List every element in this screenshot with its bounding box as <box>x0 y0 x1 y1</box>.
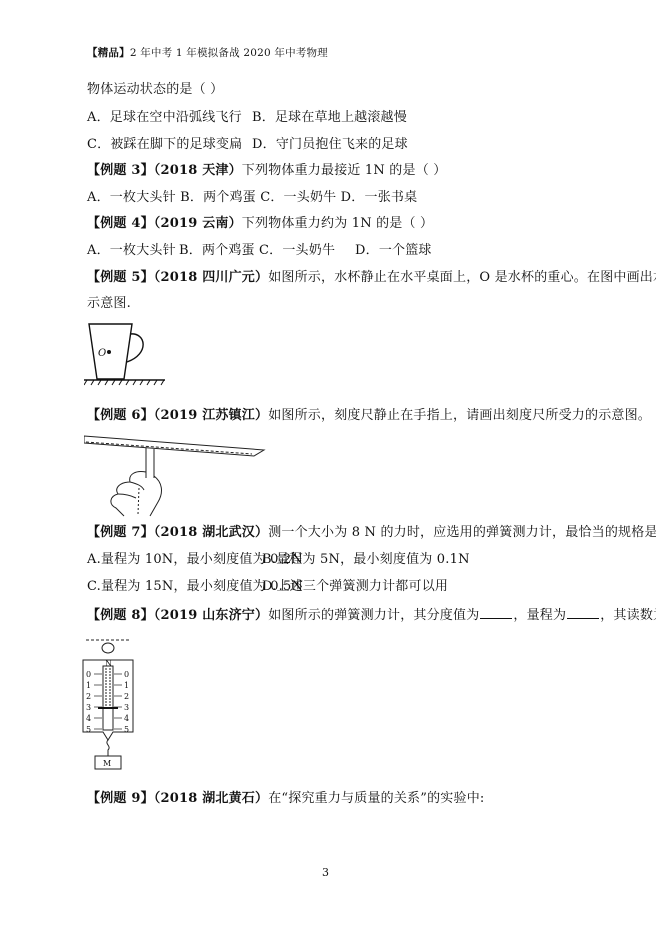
svg-text:3: 3 <box>86 703 91 712</box>
example-6-heading: 【例题 6】（2019 江苏镇江）如图所示，刻度尺静止在手指上，请画出刻度尺所受… <box>87 408 651 424</box>
example-source: （2019 云南） <box>154 216 242 231</box>
example-source: （2018 湖北武汉） <box>154 525 268 540</box>
example-stem-part: ，其读数为 <box>600 608 656 623</box>
svg-text:O: O <box>98 348 106 359</box>
svg-text:M: M <box>103 759 111 768</box>
option-d: D．守门员抱住飞来的足球 <box>252 137 408 153</box>
ruler-on-finger-figure <box>84 432 274 517</box>
example-7-heading: 【例题 7】（2018 湖北武汉）测一个大小为 8 N 的力时，应选用的弹簧测力… <box>87 525 656 541</box>
svg-text:3: 3 <box>124 703 129 712</box>
header-text: 2 年中考 1 年模拟备战 2020 年中考物理 <box>130 47 328 59</box>
example-label: 【例题 8】 <box>87 608 154 623</box>
svg-text:0: 0 <box>124 670 129 679</box>
example-stem: 测一个大小为 8 N 的力时，应选用的弹簧测力计，最恰当的规格是 （ ） <box>268 525 656 540</box>
page-header: 【精品】2 年中考 1 年模拟备战 2020 年中考物理 <box>87 45 328 61</box>
example-9-heading: 【例题 9】（2018 湖北黄石）在“探究重力与质量的关系”的实验中: <box>87 791 484 807</box>
example-stem-part: ，量程为 <box>513 608 566 623</box>
option-a: A．足球在空中沿弧线飞行 <box>87 110 242 126</box>
example-8-heading: 【例题 8】（2019 山东济宁）如图所示的弹簧测力计，其分度值为，量程为，其读… <box>87 606 656 624</box>
example-stem-part: 如图所示的弹簧测力计，其分度值为 <box>268 608 479 623</box>
example-5-stem-cont: 示意图. <box>87 296 131 312</box>
option-b: B．足球在草地上越滚越慢 <box>252 110 407 126</box>
option-b: B.量程为 5N，最小刻度值为 0.1N <box>262 552 470 568</box>
example-stem: 下列物体重力约为 1N 的是（ ） <box>242 216 433 231</box>
svg-text:2: 2 <box>86 692 91 701</box>
example-stem: 如图所示，水杯静止在水平桌面上，O 是水杯的重心。在图中画出水杯受力的 <box>268 270 656 285</box>
svg-text:1: 1 <box>124 681 129 690</box>
example-label: 【例题 3】 <box>87 163 154 178</box>
page-number: 3 <box>322 866 329 879</box>
example-stem: 如图所示，刻度尺静止在手指上，请画出刻度尺所受力的示意图。 <box>268 408 651 423</box>
cup-on-table-figure: O <box>84 318 174 390</box>
example-3-options: A．一枚大头针 B．两个鸡蛋 C．一头奶牛 D．一张书桌 <box>87 190 417 206</box>
option-d: D.上述三个弹簧测力计都可以用 <box>262 579 448 595</box>
example-source: （2018 天津） <box>154 163 242 178</box>
option-a: A．一枚大头针 <box>87 243 176 259</box>
example-source: （2018 四川广元） <box>154 270 268 285</box>
example-label: 【例题 6】 <box>87 408 154 423</box>
svg-text:2: 2 <box>124 692 129 701</box>
example-label: 【例题 7】 <box>87 525 154 540</box>
svg-text:4: 4 <box>124 714 129 723</box>
svg-text:0: 0 <box>86 670 91 679</box>
example-4-heading: 【例题 4】（2019 云南）下列物体重力约为 1N 的是（ ） <box>87 216 433 232</box>
example-stem: 在“探究重力与质量的关系”的实验中: <box>268 791 484 806</box>
svg-text:1: 1 <box>86 681 91 690</box>
example-5-heading: 【例题 5】（2018 四川广元）如图所示，水杯静止在水平桌面上，O 是水杯的重… <box>87 270 656 286</box>
option-c: C．一头奶牛 <box>259 243 335 259</box>
example-stem: 下列物体重力最接近 1N 的是（ ） <box>242 163 447 178</box>
header-tag: 【精品】 <box>87 47 130 59</box>
answer-blank-division[interactable] <box>480 606 512 619</box>
svg-text:5: 5 <box>124 725 129 734</box>
document-page: 【精品】2 年中考 1 年模拟备战 2020 年中考物理 物体运动状态的是（ ）… <box>0 0 656 930</box>
example-source: （2019 江苏镇江） <box>154 408 268 423</box>
example-label: 【例题 5】 <box>87 270 154 285</box>
example-3-heading: 【例题 3】（2018 天津）下列物体重力最接近 1N 的是（ ） <box>87 163 446 179</box>
option-b: B．两个鸡蛋 <box>179 243 255 259</box>
example-label: 【例题 4】 <box>87 216 154 231</box>
svg-text:4: 4 <box>86 714 91 723</box>
spring-scale-figure: N 0 1 2 3 4 5 0 1 2 3 4 5 M <box>78 632 138 777</box>
option-d: D．一个篮球 <box>355 243 432 259</box>
svg-text:N: N <box>105 659 112 668</box>
example-source: （2019 山东济宁） <box>154 608 268 623</box>
option-c: C．被踩在脚下的足球变扁 <box>87 137 242 153</box>
question-stem-tail: 物体运动状态的是（ ） <box>87 82 223 98</box>
answer-blank-range[interactable] <box>567 606 599 619</box>
svg-text:5: 5 <box>86 725 91 734</box>
example-label: 【例题 9】 <box>87 791 154 806</box>
example-source: （2018 湖北黄石） <box>154 791 268 806</box>
